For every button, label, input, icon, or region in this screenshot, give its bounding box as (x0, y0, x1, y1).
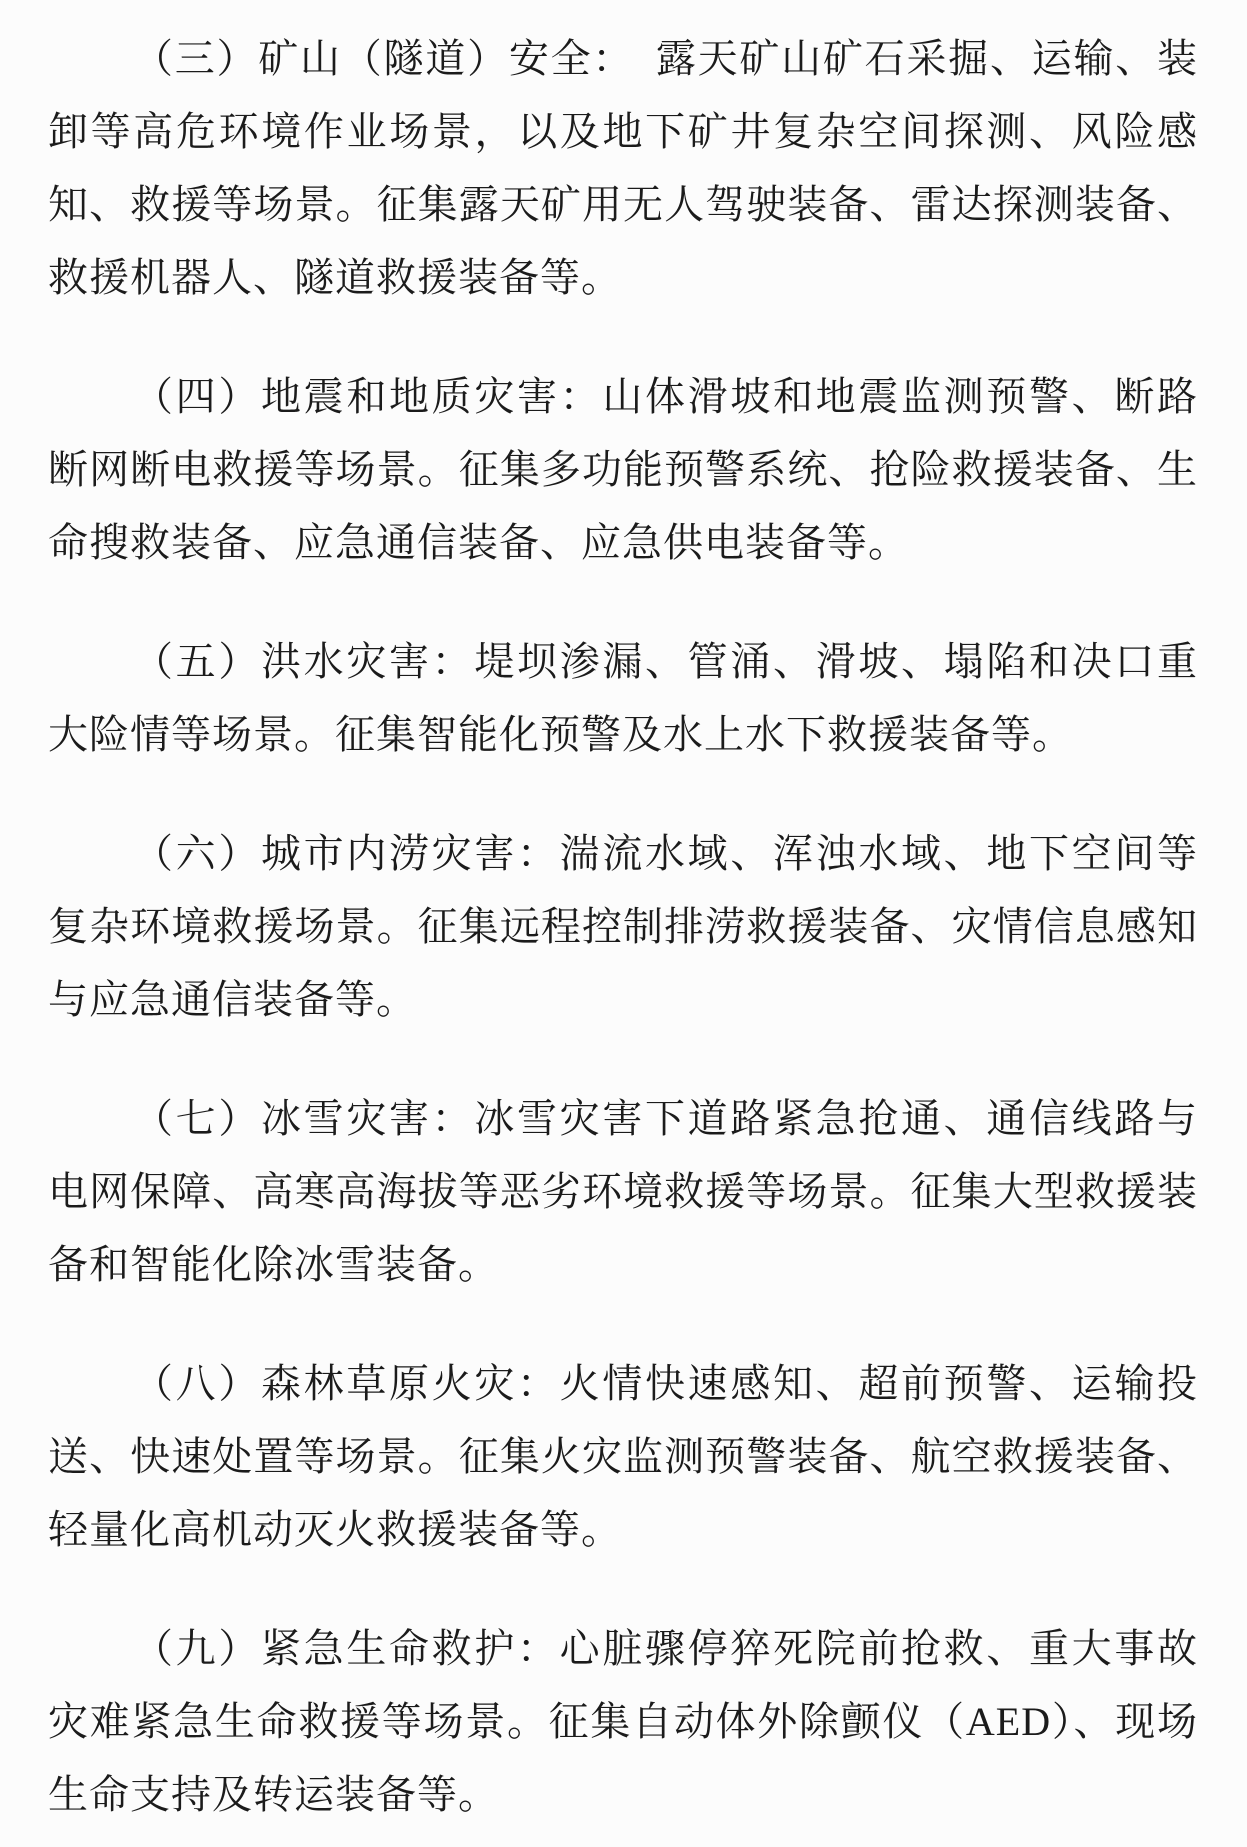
paragraph-forest-grassland-fire: （八）森林草原火灾：火情快速感知、超前预警、运输投送、快速处置等场景。征集火灾监… (48, 1347, 1198, 1566)
paragraph-mine-tunnel-safety: （三）矿山（隧道）安全： 露天矿山矿石采掘、运输、装卸等高危环境作业场景，以及地… (48, 22, 1198, 314)
paragraph-ice-snow-disaster: （七）冰雪灾害：冰雪灾害下道路紧急抢通、通信线路与电网保障、高寒高海拔等恶劣环境… (48, 1082, 1198, 1301)
paragraph-earthquake-geological-disaster: （四）地震和地质灾害：山体滑坡和地震监测预警、断路断网断电救援等场景。征集多功能… (48, 360, 1198, 579)
document-page: （三）矿山（隧道）安全： 露天矿山矿石采掘、运输、装卸等高危环境作业场景，以及地… (0, 0, 1247, 1847)
paragraph-flood-disaster: （五）洪水灾害：堤坝渗漏、管涌、滑坡、塌陷和决口重大险情等场景。征集智能化预警及… (48, 625, 1198, 771)
paragraph-emergency-life-rescue: （九）紧急生命救护：心脏骤停猝死院前抢救、重大事故灾难紧急生命救援等场景。征集自… (48, 1612, 1198, 1831)
paragraph-urban-waterlogging-disaster: （六）城市内涝灾害：湍流水域、浑浊水域、地下空间等复杂环境救援场景。征集远程控制… (48, 817, 1198, 1036)
